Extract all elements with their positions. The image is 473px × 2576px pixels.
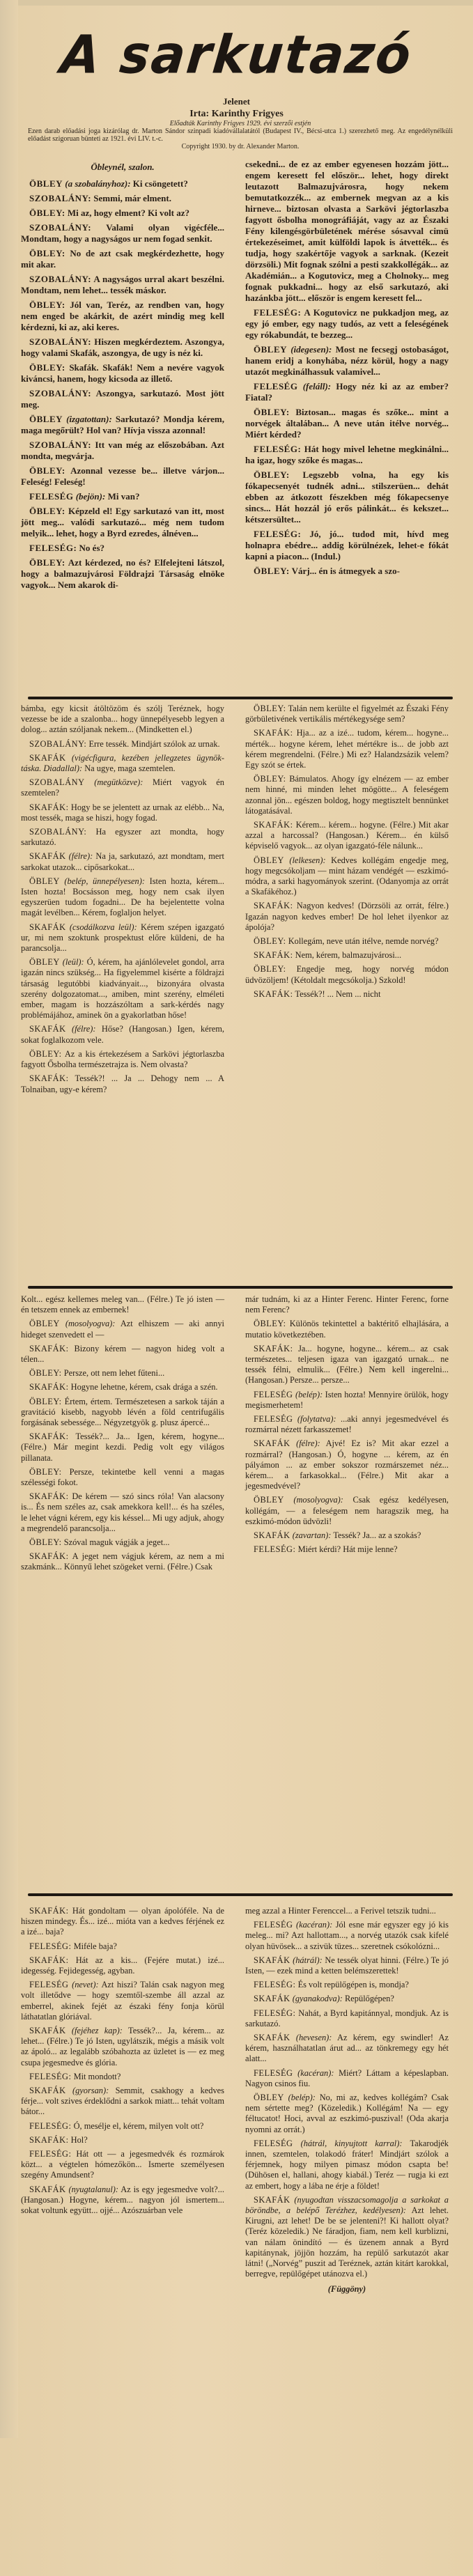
speaker-name: FELESÉG	[29, 491, 73, 502]
dialogue-line: ÖBLEY: No de azt csak megkérdezhette, ho…	[21, 248, 224, 270]
dialogue-line: SKAFÁK: Hát gondoltam — olyan ápolóféle.…	[21, 1906, 224, 1938]
speaker-name: SKAFÁK:	[254, 989, 293, 999]
speaker-name: FELESÉG	[254, 381, 297, 391]
dialogue-line: ÖBLEY: Biztosan... magas és szőke... min…	[245, 407, 449, 440]
speaker-name: ÖBLEY	[254, 2093, 284, 2102]
dialogue-line: ÖBLEY (a szobalányhoz): Ki csöngetett?	[21, 178, 224, 189]
speaker-name: FELESÉG	[254, 1920, 293, 1930]
dialogue-line: SKAFÁK (félre): Ajvé! Ez is? Mit akar ez…	[245, 1438, 449, 1491]
speaker-name: ÖBLEY	[29, 1319, 60, 1328]
dialogue-text: bámba, egy kicsit átöltözöm és szólj Ter…	[21, 704, 224, 734]
stage-direction: (nyugtalanul):	[68, 2185, 118, 2194]
speaker-name: SKAFÁK:	[29, 1382, 69, 1392]
premiere-note: Előadták Karinthy Frigyes 1929. évi szer…	[28, 120, 453, 127]
dialogue-line: SZOBALÁNY: Semmi, már elment.	[21, 193, 224, 204]
dialogue-line: SKAFÁK: A jeget nem vágjuk kérem, az nem…	[21, 1551, 224, 1572]
dialogue-line: SKAFÁK: Tessék?! ... Nem ... nicht	[245, 989, 449, 1000]
speaker-name: SKAFÁK	[29, 2086, 66, 2095]
dialogue-text: Ki csöngetett?	[133, 178, 188, 189]
dialogue-line: SKAFÁK (hevesen): Az kérem, egy swindler…	[245, 2033, 449, 2065]
dialogue-text: Tessék? Ja... az a szokás?	[333, 1530, 421, 1540]
speaker-name: ÖBLEY:	[254, 964, 286, 974]
dialogue-line: SZOBALÁNY: A nagyságos urral akart beszé…	[21, 274, 224, 296]
dialogue-line: ÖBLEY (mosolyogva): Azt elhiszem — aki a…	[21, 1319, 224, 1340]
speaker-name: SKAFÁK:	[254, 901, 293, 910]
speaker-name: FELESÉG:	[29, 543, 77, 553]
dialogue-line: Kolt... egész kellemes meleg van... (Fél…	[21, 1294, 224, 1315]
section-divider	[28, 697, 453, 699]
dialogue-line: ÖBLEY: Különös tekintettel a baktéritő e…	[245, 1319, 449, 1340]
stage-direction: (hátrál, kinyujtott karral):	[301, 2139, 403, 2148]
speaker-name: ÖBLEY:	[29, 1467, 62, 1477]
column-left: Kolt... egész kellemes meleg van... (Fél…	[21, 1294, 224, 1576]
stage-direction: (izgatottan):	[66, 414, 112, 424]
dialogue-text: No és?	[79, 543, 104, 553]
stage-direction: (nevet):	[72, 1980, 99, 1989]
dialogue-line: FELESÉG (folytatva): ...aki annyi jegesm…	[245, 1414, 449, 1435]
speaker-name: SZOBALÁNY:	[29, 193, 91, 203]
dialogue-line: FELESÉG: Hát hogy mivel lehetne megkinál…	[245, 444, 449, 466]
speaker-name: SKAFÁK:	[254, 1344, 293, 1353]
dialogue-text: Miért kérdi? Hát mije lenne?	[298, 1544, 398, 1554]
dialogue-line: SKAFÁK (gyanakodva): Repülőgépen?	[245, 1994, 449, 2004]
stage-direction: (leül):	[63, 957, 84, 967]
speaker-name: SKAFÁK:	[29, 1955, 69, 1965]
stage-direction: (feláll):	[303, 381, 331, 391]
dialogue-text: már tudnám, ki az a Hinter Ferenc. Hinte…	[245, 1294, 449, 1314]
genre-label: Jelenet	[0, 96, 473, 107]
dialogue-line: FELESÉG: És volt repülőgépen is, mondja?	[245, 1980, 449, 1990]
dialogue-line: SKAFÁK (zavartan): Tessék? Ja... az a sz…	[245, 1530, 449, 1541]
speaker-name: SKAFÁK	[29, 1024, 66, 1034]
stage-direction: (gyanakodva):	[293, 1994, 343, 2003]
speaker-name: ÖBLEY:	[29, 506, 65, 516]
dialogue-line: ÖBLEY (lelkesen): Kedves kollégám engedj…	[245, 855, 449, 898]
dialogue-text: Várj... én is átmegyek a szo-	[292, 566, 400, 576]
dialogue-text: Kolt... egész kellemes meleg van... (Fél…	[21, 1294, 224, 1314]
speaker-name: SKAFÁK:	[29, 1491, 69, 1501]
stage-direction: (idegesen):	[290, 344, 332, 355]
dialogue-text: Kollegám, neve után itélve, nemde norvég…	[288, 936, 439, 946]
speaker-name: ÖBLEY:	[29, 1537, 62, 1547]
dialogue-line: ÖBLEY (izgatottan): Sarkutazó? Mondja ké…	[21, 414, 224, 436]
speaker-name: SKAFÁK	[29, 2185, 66, 2194]
dialogue-line: SKAFÁK: Kérem... kérem... hogyne. (Félre…	[245, 820, 449, 852]
dialogue-line: SZOBALÁNY: Ha egyszer azt mondta, hogy s…	[21, 827, 224, 848]
closing-curtain: (Függöny)	[245, 2284, 449, 2295]
dialogue-text: Hogyne lehetne, kérem, csak drága a szén…	[71, 1382, 218, 1392]
speaker-name: ÖBLEY:	[254, 407, 290, 417]
stage-direction: (belép):	[288, 2093, 316, 2102]
dialogue-line: SKAFÁK: Bizony kérem — nagyon hideg volt…	[21, 1344, 224, 1365]
stage-direction: (zavartan):	[293, 1530, 332, 1540]
dialogue-line: ÖBLEY: Kollegám, neve után itélve, nemde…	[245, 936, 449, 947]
copyright-note: Copyright 1930. by dr. Alexander Marton.	[28, 143, 453, 150]
dialogue-text: Erre tessék. Mindjárt szólok az urnak.	[88, 739, 219, 749]
dialogue-line: SKAFÁK: Nagyon kedves! (Dörzsöli az orrá…	[245, 901, 449, 933]
speaker-name: SZOBALÁNY	[29, 777, 85, 787]
newspaper-page: A sarkutazó Jelenet Irta: Karinthy Frigy…	[0, 0, 473, 2576]
speaker-name: FELESÉG:	[254, 444, 301, 454]
speaker-name: FELESÉG:	[254, 1980, 295, 1989]
column-right: ÖBLEY: Talán nem kerülte el figyelmét az…	[245, 704, 449, 1003]
dialogue-line: SKAFÁK (félre): Na ja, sarkutazó, azt mo…	[21, 851, 224, 872]
speaker-name: ÖBLEY	[254, 855, 284, 865]
dialogue-line: ÖBLEY: Talán nem kerülte el figyelmét az…	[245, 704, 449, 724]
speaker-name: SZOBALÁNY:	[29, 274, 91, 284]
speaker-name: FELESÉG	[254, 2068, 293, 2078]
dialogue-line: ÖBLEY: Bámulatos. Ahogy így elnézem — az…	[245, 774, 449, 816]
dialogue-line: ÖBLEY: Persze, ott nem lehet fűteni...	[21, 1368, 224, 1379]
dialogue-line: ÖBLEY: Mi az, hogy elment? Ki volt az?	[21, 208, 224, 219]
dialogue-line: ÖBLEY: Képzeld el! Egy sarkutazó van itt…	[21, 506, 224, 539]
dialogue-line: ÖBLEY: Azonnal vezesse be... illetve vár…	[21, 465, 224, 488]
dialogue-line: SZOBALÁNY: Itt van még az előszobában. A…	[21, 440, 224, 462]
dialogue-text: Semmi, már elment.	[93, 193, 171, 203]
speaker-name: FELESÉG:	[29, 2121, 71, 2131]
column-left: Öbleynél, szalon. ÖBLEY (a szobalányhoz)…	[21, 159, 224, 594]
speaker-name: FELESÉG:	[254, 307, 301, 318]
dialogue-line: FELESÉG: Nahát, a Byrd kapitánnyal, mond…	[245, 2008, 449, 2029]
dialogue-text: Tessék?! ... Nem ... nicht	[295, 989, 380, 999]
dialogue-line: FELESÉG: Jó, jó... tudod mit, hívd meg h…	[245, 529, 449, 562]
speaker-name: ÖBLEY:	[29, 208, 65, 218]
speaker-name: ÖBLEY:	[29, 1049, 62, 1059]
dialogue-text: csekedni... de ez az ember egyenesen hoz…	[245, 159, 449, 303]
stage-direction: (csodálkozva leül):	[70, 922, 137, 932]
dialogue-line: SKAFÁK: Tessék?! ... Ja ... Dehogy nem .…	[21, 1073, 224, 1094]
speaker-name: FELESÉG:	[29, 2149, 71, 2159]
speaker-name: SZOBALÁNY:	[29, 222, 91, 233]
section-divider	[28, 1286, 453, 1289]
stage-direction: (megütközve):	[94, 777, 143, 787]
dialogue-line: FELESÉG (belép): Isten hozta! Mennyire ö…	[245, 1390, 449, 1411]
speaker-name: ÖBLEY:	[29, 248, 65, 258]
speaker-name: SKAFÁK:	[29, 1551, 69, 1561]
dialogue-text: Mi van?	[108, 491, 140, 502]
stage-direction: (belép, ünnepélyesen):	[64, 876, 145, 886]
dialogue-line: FELESÉG (bejön): Mi van?	[21, 491, 224, 502]
stage-direction: (kacéran):	[296, 1920, 332, 1930]
dialogue-line: SKAFÁK (nyugodtan visszacsomagolja a sar…	[245, 2195, 449, 2280]
column-right: meg azzal a Hinter Ferenccel... a Ferive…	[245, 1906, 449, 2295]
speaker-name: FELESÉG	[254, 1414, 293, 1424]
dialogue-text: Szóval maguk vágják a jeget...	[64, 1537, 170, 1547]
speaker-name: ÖBLEY	[29, 957, 60, 967]
dialogue-text: Nem, kérem, balmazujvárosi...	[295, 950, 401, 960]
speaker-name: ÖBLEY:	[254, 1319, 286, 1328]
speaker-name: ÖBLEY	[254, 1495, 284, 1505]
dialogue-line: ÖBLEY: Az a kis értekezésem a Sarkövi jé…	[21, 1049, 224, 1070]
speaker-name: SKAFÁK	[254, 1438, 290, 1448]
dialogue-line: SKAFÁK: Tessék?... Ja... Igen, kérem, ho…	[21, 1431, 224, 1464]
stage-direction: (a szobalányhoz):	[65, 178, 130, 189]
stage-direction: (folytatva):	[297, 1414, 336, 1424]
dialogue-line: SKAFÁK (hátrál): Ne tessék olyat hinni. …	[245, 1955, 449, 1976]
speaker-name: SKAFÁK	[254, 2033, 290, 2042]
dialogue-text: meg azzal a Hinter Ferenccel... a Ferive…	[245, 1906, 436, 1916]
dialogue-line: SKAFÁK: Hja... az a izé... tudom, kérem.…	[245, 728, 449, 770]
dialogue-line: SKAFÁK (félre): Hőse? (Hangosan.) Igen, …	[21, 1024, 224, 1045]
dialogue-text: Miféle baja?	[74, 1941, 117, 1951]
dialogue-line: SKAFÁK (fejéhez kap): Tessék?... Ja, kér…	[21, 2026, 224, 2068]
dialogue-line: SKAFÁK: Hogyne lehetne, kérem, csak drág…	[21, 1382, 224, 1392]
stage-direction: (gyorsan):	[72, 2086, 109, 2095]
dialogue-text: És volt repülőgépen is, mondja?	[298, 1980, 409, 1989]
dialogue-line: SZOBALÁNY: Erre tessék. Mindjárt szólok …	[21, 739, 224, 750]
dialogue-line: csekedni... de ez az ember egyenesen hoz…	[245, 159, 449, 304]
speaker-name: ÖBLEY	[29, 178, 63, 189]
dialogue-line: SKAFÁK: Hol?	[21, 2135, 224, 2146]
speaker-name: SZOBALÁNY:	[29, 827, 86, 837]
dialogue-line: FELESÉG: Hát ott — a jegesmedvék és rozm…	[21, 2149, 224, 2181]
author-line: Irta: Karinthy Frigyes	[0, 109, 473, 120]
speaker-name: SZOBALÁNY:	[29, 388, 91, 398]
speaker-name: ÖBLEY	[29, 414, 63, 424]
speaker-name: ÖBLEY:	[29, 300, 65, 310]
speaker-name: ÖBLEY	[29, 876, 60, 886]
dialogue-line: FELESÉG: Mit mondott?	[21, 2072, 224, 2082]
dialogue-line: ÖBLEY (belép): No, mi az, kedves kollégá…	[245, 2093, 449, 2135]
page-margin	[0, 0, 18, 2438]
speaker-name: ÖBLEY	[254, 344, 287, 355]
column-right: már tudnám, ki az a Hinter Ferenc. Hinte…	[245, 1294, 449, 1558]
page-title: A sarkutazó	[0, 24, 473, 85]
speaker-name: SKAFÁK:	[29, 1431, 69, 1441]
dialogue-line: ÖBLEY: Legszebb volna, ha egy kis fókape…	[245, 470, 449, 525]
speaker-name: SKAFÁK:	[29, 1344, 69, 1353]
dialogue-text: Repülőgépen?	[345, 1994, 394, 2003]
dialogue-line: SKAFÁK (csodálkozva leül): Kérem szépen …	[21, 922, 224, 954]
dialogue-line: SKAFÁK (gyorsan): Semmit, csakhogy a ked…	[21, 2086, 224, 2118]
dialogue-line: FELESÉG: Miféle baja?	[21, 1941, 224, 1952]
dialogue-line: ÖBLEY (idegesen): Most ne fecsegj ostoba…	[245, 344, 449, 378]
credits-block: Előadták Karinthy Frigyes 1929. évi szer…	[28, 120, 453, 150]
stage-direction: (bejön):	[76, 491, 106, 502]
speaker-name: ÖBLEY:	[29, 557, 65, 568]
dialogue-text: Hol?	[71, 2135, 88, 2145]
stage-direction: (hevesen):	[296, 2033, 332, 2042]
dialogue-line: ÖBLEY: Azt kérdezed, no és? Elfelejteni …	[21, 557, 224, 591]
dialogue-line: FELESÉG (hátrál, kinyujtott karral): Tak…	[245, 2139, 449, 2191]
dialogue-line: SKAFÁK: De kérem — szó sincs róla! Van a…	[21, 1491, 224, 1534]
speaker-name: FELESÉG	[29, 1980, 69, 1989]
speaker-name: SKAFÁK:	[29, 1906, 69, 1916]
speaker-name: FELESÉG:	[29, 1941, 71, 1951]
dialogue-line: FELESÉG: A Kogutovicz ne pukkadjon meg, …	[245, 307, 449, 341]
dialogue-line: FELESÉG (feláll): Hogy néz ki az az embe…	[245, 381, 449, 403]
speaker-name: ÖBLEY:	[29, 465, 65, 476]
speaker-name: ÖBLEY:	[254, 936, 286, 946]
dialogue-text: Mi az, hogy elment? Ki volt az?	[68, 208, 189, 218]
dialogue-text: Persze, ott nem lehet fűteni...	[64, 1368, 165, 1378]
rights-note: Ezen darab előadási joga kizárólag dr. M…	[28, 127, 453, 143]
speaker-name: SKAFÁK	[29, 2026, 66, 2035]
dialogue-line: SZOBALÁNY (megütközve): Miért vagyok én …	[21, 777, 224, 798]
dialogue-line: ÖBLEY: Szóval maguk vágják a jeget...	[21, 1537, 224, 1548]
dialogue-line: SZOBALÁNY: Valami olyan vigécféle... Mon…	[21, 222, 224, 245]
speaker-name: SKAFÁK	[29, 753, 66, 763]
stage-direction: (lelkesen):	[289, 855, 325, 865]
speaker-name: ÖBLEY:	[254, 774, 286, 784]
section-divider	[28, 1893, 453, 1896]
speaker-name: ÖBLEY:	[29, 362, 65, 373]
dialogue-line: ÖBLEY: Várj... én is átmegyek a szo-	[245, 566, 449, 577]
dialogue-line: SKAFÁK: Hogy be se jelentett az urnak az…	[21, 802, 224, 823]
dialogue-text: Na ugye, maga szemtelen.	[84, 763, 175, 773]
stage-direction: (félre):	[296, 1438, 320, 1448]
dialogue-line: FELESÉG: Miért kérdi? Hát mije lenne?	[245, 1544, 449, 1555]
stage-direction: (fejéhez kap):	[72, 2026, 123, 2035]
dialogue-line: SKAFÁK (vigécfigura, kezében jellegzetes…	[21, 753, 224, 774]
dialogue-line: ÖBLEY (mosolyogva): Csak egész kedélyese…	[245, 1495, 449, 1527]
speaker-name: FELESÉG:	[29, 2072, 71, 2081]
stage-direction: (kacéran):	[297, 2068, 334, 2078]
speaker-name: SKAFÁK:	[254, 820, 293, 830]
dialogue-line: SZOBALÁNY: Hiszen megkérdeztem. Aszongya…	[21, 336, 224, 359]
speaker-name: SKAFÁK	[254, 2195, 290, 2205]
dialogue-line: SZOBALÁNY: Aszongya, sarkutazó. Most jöt…	[21, 388, 224, 410]
scan-edge	[0, 0, 473, 6]
dialogue-line: bámba, egy kicsit átöltözöm és szólj Ter…	[21, 704, 224, 736]
dialogue-line: ÖBLEY: Engedje meg, hogy norvég módon üd…	[245, 964, 449, 985]
speaker-name: FELESÉG:	[254, 2008, 295, 2018]
speaker-name: SKAFÁK	[29, 922, 66, 932]
dialogue-text: Azt lehet. Kirugni, azt lehet! De be se …	[245, 2205, 449, 2279]
speaker-name: SKAFÁK	[254, 1955, 290, 1965]
speaker-name: FELESÉG	[254, 2139, 293, 2148]
dialogue-line: ÖBLEY: Jól van, Teréz, az rendben van, h…	[21, 300, 224, 333]
dialogue-text: Mit mondott?	[74, 2072, 121, 2081]
speaker-name: SZOBALÁNY:	[29, 336, 91, 347]
dialogue-line: SKAFÁK: Ja... hogyne, hogyne... kérem...…	[245, 1344, 449, 1386]
speaker-name: SKAFÁK:	[254, 728, 293, 738]
dialogue-line: SKAFÁK: Nem, kérem, balmazujvárosi...	[245, 950, 449, 961]
speaker-name: SKAFÁK:	[29, 1073, 69, 1083]
dialogue-text: Ó, mesélje el, kérem, milyen volt ott?	[74, 2121, 204, 2131]
speaker-name: SKAFÁK:	[254, 950, 293, 960]
speaker-name: ÖBLEY:	[29, 1397, 62, 1406]
speaker-name: SKAFÁK:	[29, 802, 69, 812]
dialogue-line: FELESÉG (nevet): Azt hiszi? Talán csak n…	[21, 1980, 224, 2022]
column-left: bámba, egy kicsit átöltözöm és szólj Ter…	[21, 704, 224, 1099]
stage-direction: (belép):	[295, 1390, 323, 1399]
speaker-name: SZOBALÁNY:	[29, 739, 86, 749]
stage-direction: (félre):	[69, 851, 93, 861]
speaker-name: ÖBLEY:	[254, 566, 290, 576]
stage-direction: (mosolyogva):	[293, 1495, 343, 1505]
stage-direction: (hátrál):	[293, 1955, 323, 1965]
speaker-name: FELESÉG:	[254, 1544, 295, 1554]
dialogue-line: FELESÉG (kacéran): Miért? Láttam a képes…	[245, 2068, 449, 2089]
speaker-name: ÖBLEY:	[29, 1368, 62, 1378]
dialogue-line: ÖBLEY: Skafák. Skafák! Nem a nevére vagy…	[21, 362, 224, 385]
speaker-name: SZOBALÁNY:	[29, 440, 91, 450]
dialogue-line: ÖBLEY: Értem, értem. Természetesen a sar…	[21, 1397, 224, 1429]
speaker-name: SKAFÁK	[254, 1994, 290, 2003]
speaker-name: ÖBLEY:	[254, 704, 286, 713]
dialogue-line: ÖBLEY: Persze, tekintetbe kell venni a m…	[21, 1467, 224, 1488]
dialogue-line: SKAFÁK (nyugtalanul): Az is egy jegesmed…	[21, 2185, 224, 2217]
dialogue-line: már tudnám, ki az a Hinter Ferenc. Hinte…	[245, 1294, 449, 1315]
stage-direction: (félre):	[72, 1024, 96, 1034]
column-right: csekedni... de ez az ember egyenesen hoz…	[245, 159, 449, 580]
speaker-name: FELESÉG	[254, 1390, 293, 1399]
dialogue-line: FELESÉG: Ó, mesélje el, kérem, milyen vo…	[21, 2121, 224, 2132]
stage-direction: (mosolyogva):	[65, 1319, 116, 1328]
dialogue-line: FELESÉG (kacéran): Jól esne már egyszer …	[245, 1920, 449, 1952]
dialogue-line: ÖBLEY (belép, ünnepélyesen): Isten hozta…	[21, 876, 224, 919]
column-left: SKAFÁK: Hát gondoltam — olyan ápolóféle.…	[21, 1906, 224, 2219]
article-section-1: Öbleynél, szalon. ÖBLEY (a szobalányhoz)…	[21, 159, 460, 577]
speaker-name: SKAFÁK	[29, 851, 66, 861]
dialogue-line: SKAFÁK: Hát az a kis... (Fejére mutat.) …	[21, 1955, 224, 1976]
dialogue-line: ÖBLEY (leül): Ó, kérem, ha ajánlólevelet…	[21, 957, 224, 1021]
speaker-name: ÖBLEY:	[254, 470, 290, 480]
scene-setting: Öbleynél, szalon.	[21, 162, 224, 173]
speaker-name: SKAFÁK	[254, 1530, 290, 1540]
dialogue-line: meg azzal a Hinter Ferenccel... a Ferive…	[245, 1906, 449, 1916]
speaker-name: SKAFÁK:	[29, 2135, 69, 2145]
dialogue-line: FELESÉG: No és?	[21, 543, 224, 554]
speaker-name: FELESÉG:	[254, 529, 301, 539]
